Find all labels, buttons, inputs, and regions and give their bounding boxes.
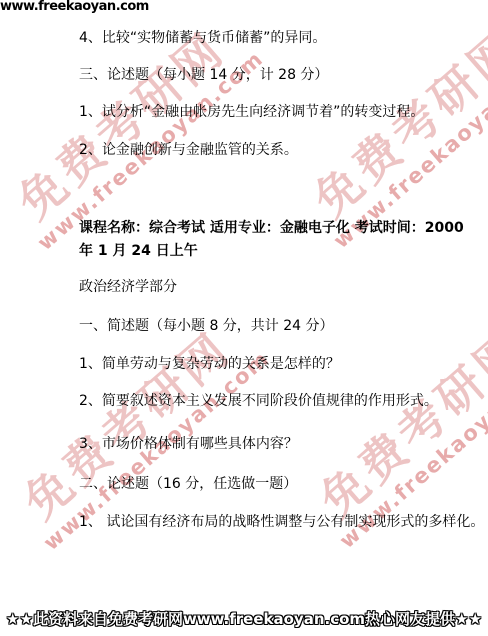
text-line: 年 1 月 24 日上午 — [79, 243, 198, 259]
text-line: 4、比较“实物储蓄与货币储蓄”的异同。 — [79, 30, 326, 46]
footer-credit-text: ★★此资料来自免费考研网www.freekaoyan.com热心网友提供★★ — [0, 608, 488, 629]
text-line: 3、市场价格体制有哪些具体内容？ — [79, 436, 298, 452]
text-line: 1、试分析“金融由帐房先生向经济调节着”的转变过程。 — [79, 104, 424, 120]
text-line: 2、简要叙述资本主义发展不同阶段价值规律的作用形式。 — [79, 393, 438, 409]
document-text-layer: www.freekaoyan.com 4、比较“实物储蓄与货币储蓄”的异同。三、… — [0, 0, 488, 636]
text-line: 1、简单劳动与复杂劳动的关系是怎样的？ — [79, 356, 340, 372]
text-line: 课程名称：综合考试 适用专业：金融电子化 考试时间：2000 — [79, 220, 464, 236]
text-line: 一、简述题（每小题 8 分，共计 24 分） — [79, 318, 334, 334]
text-line: 二、论述题（16 分，任选做一题） — [79, 476, 297, 492]
text-line: 三、论述题（每小题 14 分，计 28 分） — [79, 67, 328, 83]
text-line: 2、论金融创新与金融监管的关系。 — [79, 142, 298, 158]
text-line: 政治经济学部分 — [79, 279, 177, 295]
exam-question-lines: 4、比较“实物储蓄与货币储蓄”的异同。三、论述题（每小题 14 分，计 28 分… — [0, 0, 488, 636]
exam-document-page: 免费考研网 www.freekaoyan.com 免费考研网 www.freek… — [0, 0, 488, 636]
text-line: 1、 试论国有经济布局的战略性调整与公有制实现形式的多样化。 — [79, 514, 484, 530]
